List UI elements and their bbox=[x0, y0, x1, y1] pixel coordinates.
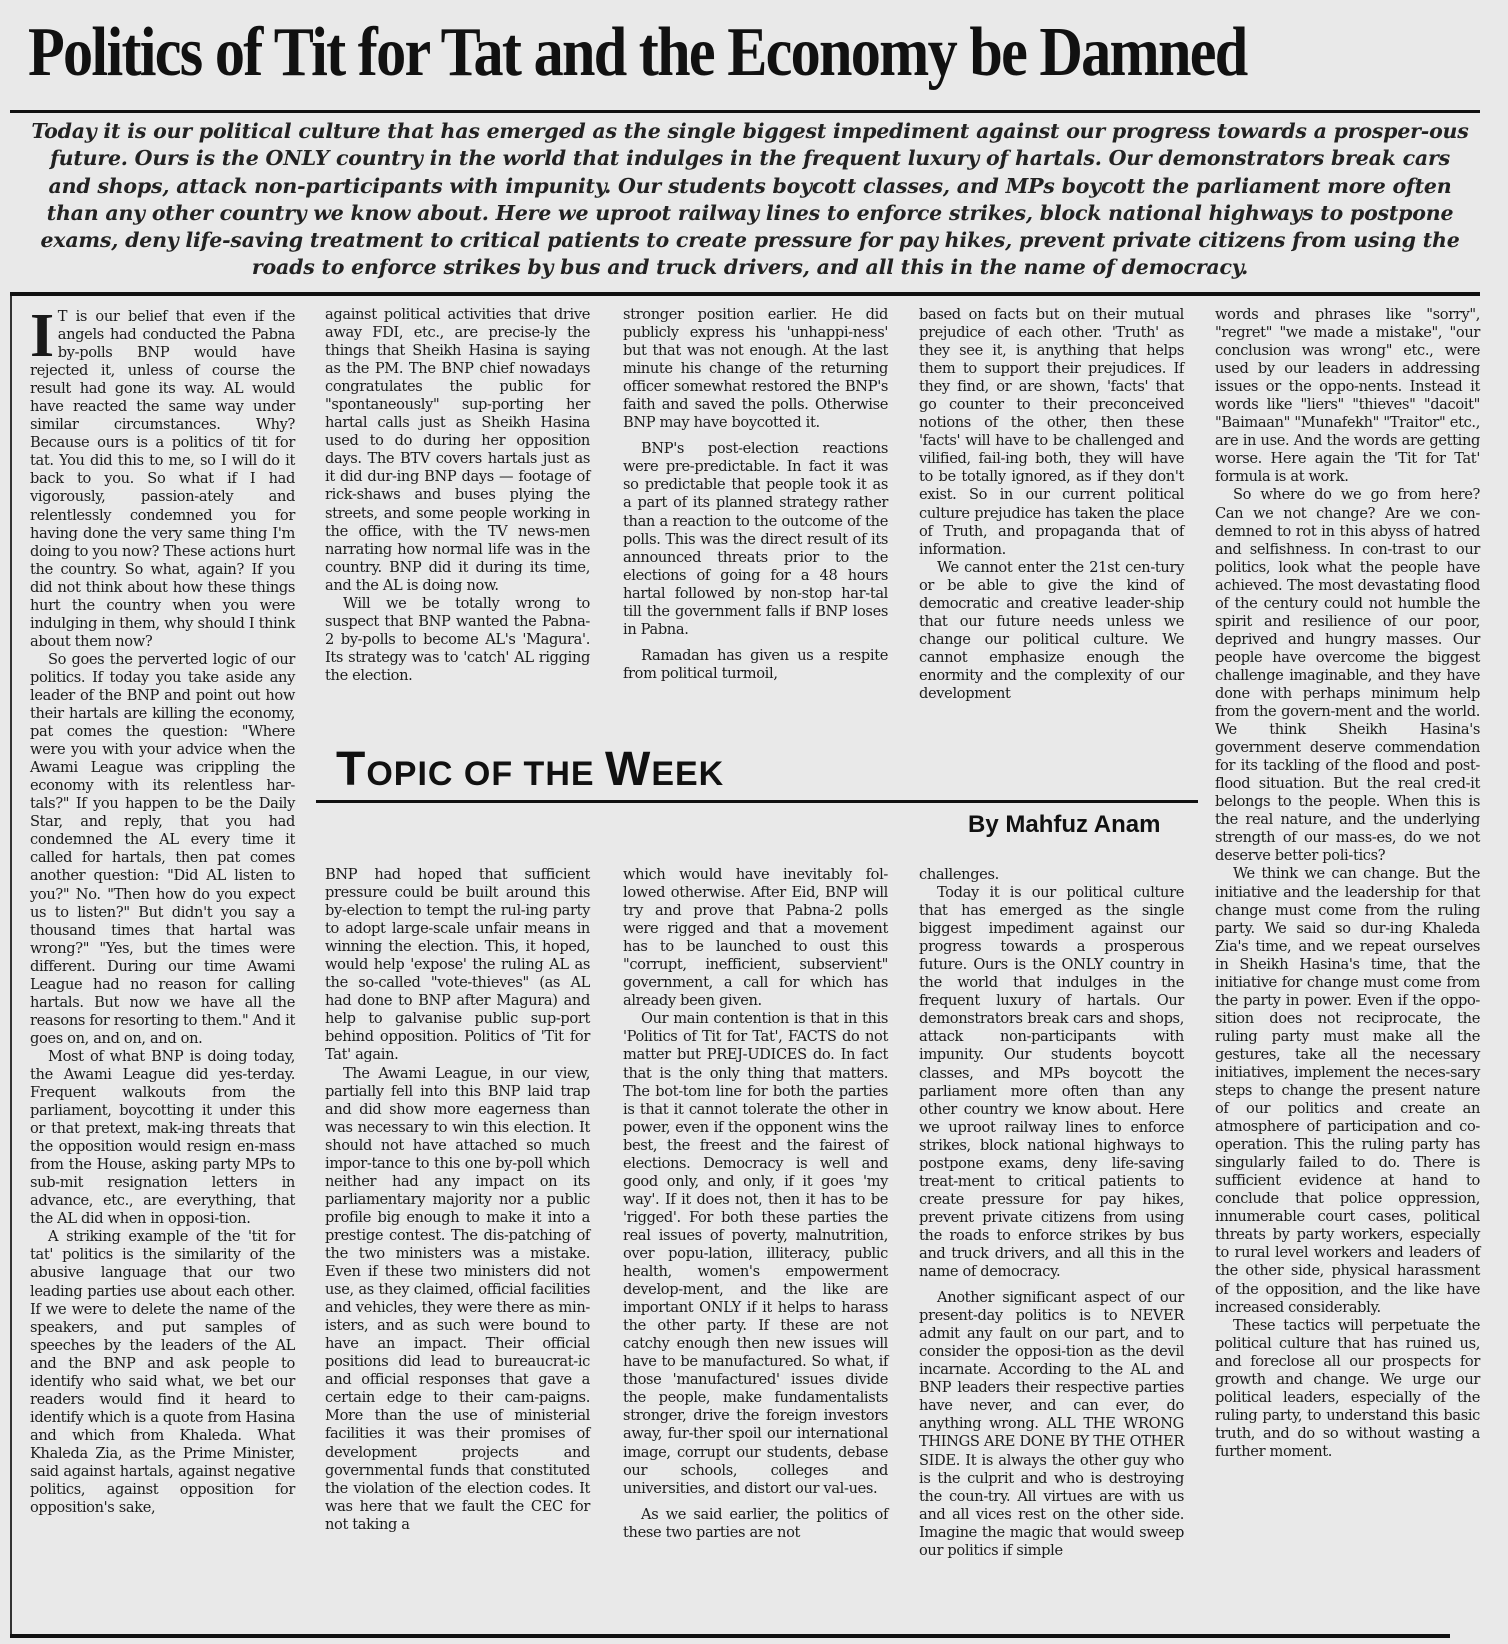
paragraph: Will we be totally wrong to suspect that… bbox=[325, 595, 590, 685]
column-2-top: against political activities that drive … bbox=[325, 306, 590, 685]
paragraph: stronger position earlier. He did public… bbox=[623, 306, 888, 432]
paragraph: Our main contention is that in this 'Pol… bbox=[623, 1010, 888, 1497]
column-5: words and phrases like "sorry", "regret"… bbox=[1215, 306, 1480, 1461]
column-1: IT is our belief that even if the angels… bbox=[30, 308, 295, 1517]
paragraph: So where do we go from here? Can we not … bbox=[1215, 486, 1480, 865]
section-title: TOPIC OF THE WEEK bbox=[336, 742, 724, 797]
bottom-rule bbox=[10, 1634, 1450, 1638]
paragraph: So goes the perverted logic of our polit… bbox=[30, 651, 295, 1048]
column-3-bottom: which would have inevitably fol-lowed ot… bbox=[623, 866, 888, 1542]
paragraph: against political activities that drive … bbox=[325, 306, 590, 595]
paragraph: words and phrases like "sorry", "regret"… bbox=[1215, 306, 1480, 486]
drop-cap: I bbox=[30, 310, 54, 362]
paragraph: Ramadan has given us a respite from poli… bbox=[623, 647, 888, 683]
paragraph: We think we can change. But the initiati… bbox=[1215, 865, 1480, 1316]
newspaper-page: Politics of Tit for Tat and the Economy … bbox=[0, 0, 1508, 1644]
paragraph: Another significant aspect of our presen… bbox=[919, 1289, 1184, 1560]
byline: By Mahfuz Anam bbox=[968, 811, 1160, 839]
column-4-bottom: challenges. Today it is our political cu… bbox=[919, 866, 1184, 1560]
paragraph: As we said earlier, the politics of thes… bbox=[623, 1506, 888, 1542]
paragraph: based on facts but on their mutual preju… bbox=[919, 306, 1184, 559]
paragraph: challenges. bbox=[919, 866, 1184, 884]
paragraph: Today it is our political culture that h… bbox=[919, 884, 1184, 1281]
column-3-top: stronger position earlier. He did public… bbox=[623, 306, 888, 683]
column-2-bottom: BNP had hoped that sufficient pressure c… bbox=[325, 866, 590, 1534]
headline: Politics of Tit for Tat and the Economy … bbox=[28, 10, 1284, 96]
paragraph: which would have inevitably fol-lowed ot… bbox=[623, 866, 888, 1010]
section-rule bbox=[316, 800, 1198, 803]
headline-rule bbox=[10, 110, 1480, 113]
deck-rule bbox=[10, 292, 1480, 296]
paragraph: BNP had hoped that sufficient pressure c… bbox=[325, 866, 590, 1065]
deck-summary: Today it is our political culture that h… bbox=[30, 118, 1470, 282]
paragraph: IT is our belief that even if the angels… bbox=[30, 308, 295, 651]
paragraph: These tactics will perpetuate the politi… bbox=[1215, 1317, 1480, 1461]
paragraph: A striking example of the 'tit for tat' … bbox=[30, 1228, 295, 1517]
paragraph: BNP's post-election reactions were pre-p… bbox=[623, 440, 888, 639]
paragraph: We cannot enter the 21st cen-tury or be … bbox=[919, 559, 1184, 703]
paragraph: Most of what BNP is doing today, the Awa… bbox=[30, 1048, 295, 1228]
left-frame-rule bbox=[10, 296, 12, 1634]
column-4-top: based on facts but on their mutual preju… bbox=[919, 306, 1184, 703]
paragraph: The Awami League, in our view, partially… bbox=[325, 1065, 590, 1534]
